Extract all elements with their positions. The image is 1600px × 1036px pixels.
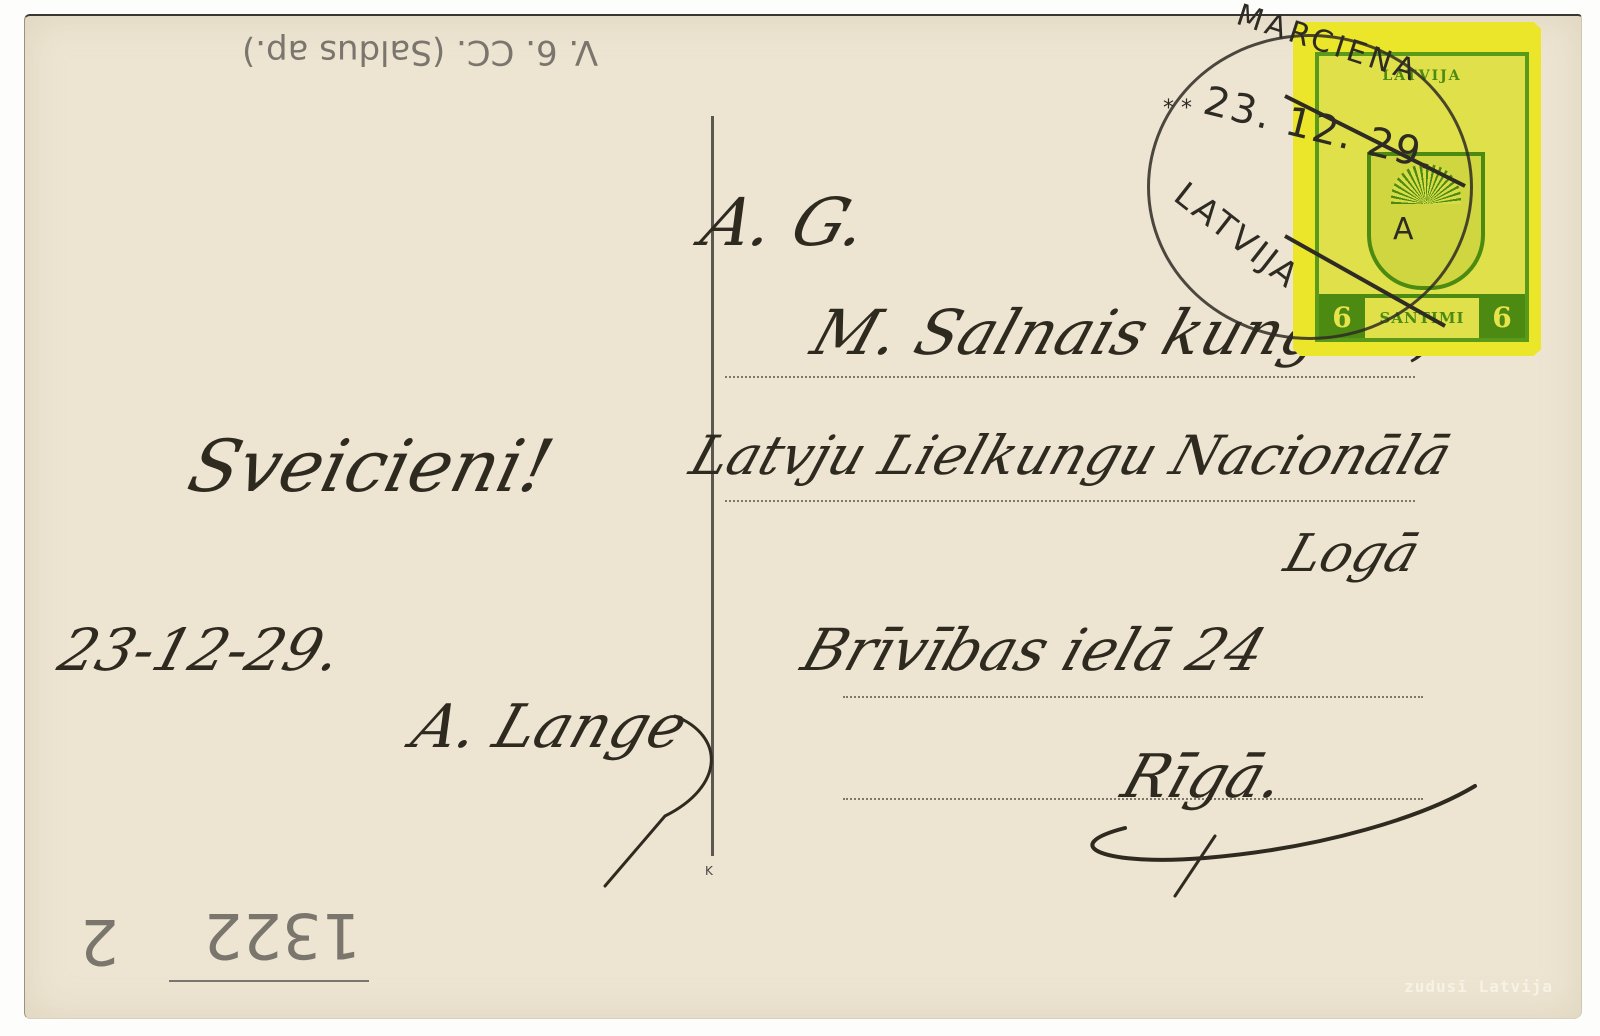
postcard: V. 6. CC. (Saldus ap.) K Sveicieni! 23-1… (24, 14, 1582, 1019)
watermark-text: zudusī Latvija (1404, 977, 1553, 996)
postmark-cancel-bars (25, 16, 1581, 1018)
